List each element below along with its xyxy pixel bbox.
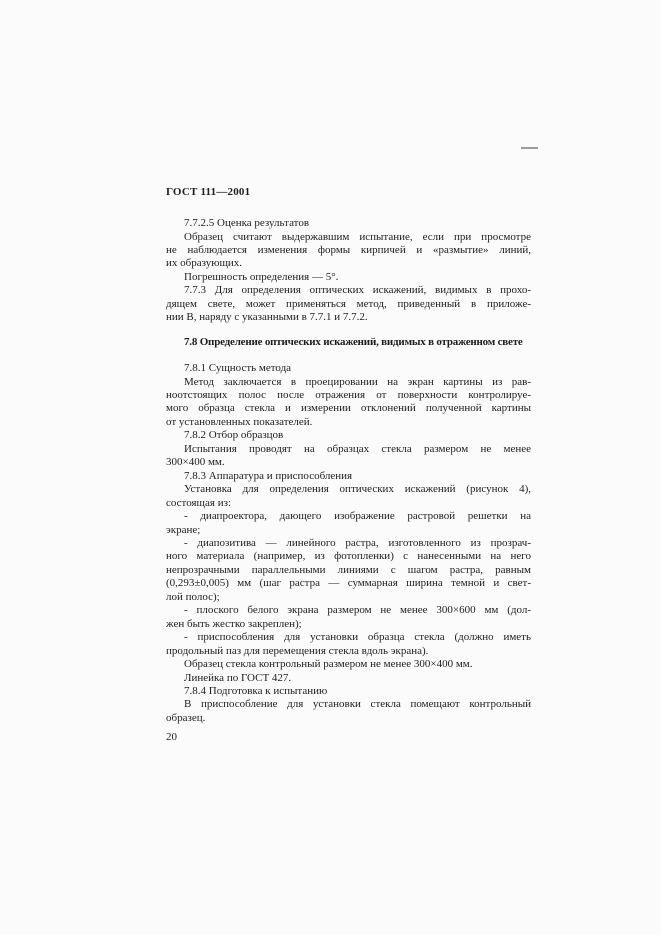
text-line: от установленных показателей.: [166, 416, 531, 429]
text-line: Образец считают выдержавшим испытание, е…: [166, 231, 531, 244]
text-line: 7.8.1 Сущность метода: [166, 362, 531, 375]
scan-artifact-dash: [521, 147, 538, 149]
scanned-page: ГОСТ 111—2001 7.7.2.5 Оценка результатов…: [0, 0, 661, 935]
text-line: - плоского белого экрана размером не мен…: [166, 604, 531, 617]
text-line: непрозрачными параллельными линиями с ша…: [166, 564, 531, 577]
text-line: мого образца стекла и измерении отклонен…: [166, 402, 531, 415]
text-line: жен быть жестко закреплен);: [166, 618, 531, 631]
text-line: лой полос);: [166, 591, 531, 604]
text-line: образец.: [166, 712, 531, 725]
text-line: нии В, наряду с указанными в 7.7.1 и 7.7…: [166, 311, 531, 324]
text-line: Образец стекла контрольный размером не м…: [166, 658, 531, 671]
text-line: 300×400 мм.: [166, 456, 531, 469]
text-line: - диапроектора, дающего изображение раст…: [166, 510, 531, 523]
text-line: 7.7.3 Для определения оптических искажен…: [166, 284, 531, 297]
text-line: Установка для определения оптических иск…: [166, 483, 531, 496]
text-line: 7.8.4 Подготовка к испытанию: [166, 685, 531, 698]
section-heading: 7.8 Определение оптических искажений, ви…: [166, 336, 531, 349]
text-line: Погрешность определения — 5°.: [166, 271, 531, 284]
text-line: их образующих.: [166, 257, 531, 270]
text-line: не наблюдается изменения формы кирпичей …: [166, 244, 531, 257]
text-line: 7.7.2.5 Оценка результатов: [166, 217, 531, 230]
text-line: экране;: [166, 524, 531, 537]
document-header: ГОСТ 111—2001: [166, 186, 531, 199]
page-number: 20: [166, 731, 531, 744]
text-line: продольный паз для перемещения стекла вд…: [166, 645, 531, 658]
text-line: - диапозитива — линейного растра, изгото…: [166, 537, 531, 550]
text-line: В приспособление для установки стекла по…: [166, 698, 531, 711]
text-line: (0,293±0,005) мм (шаг растра — суммарная…: [166, 577, 531, 590]
text-line: - приспособления для установки образца с…: [166, 631, 531, 644]
document-body: 7.7.2.5 Оценка результатовОбразец считаю…: [166, 217, 531, 725]
text-line: ного материала (например, из фотопленки)…: [166, 550, 531, 563]
text-line: ноотстоящих полос после отражения от пов…: [166, 389, 531, 402]
text-line: 7.8.3 Аппаратура и приспособления: [166, 470, 531, 483]
text-line: Линейка по ГОСТ 427.: [166, 672, 531, 685]
text-line: Метод заключается в проецировании на экр…: [166, 376, 531, 389]
text-line: 7.8.2 Отбор образцов: [166, 429, 531, 442]
text-block: ГОСТ 111—2001 7.7.2.5 Оценка результатов…: [166, 186, 531, 745]
text-line: Испытания проводят на образцах стекла ра…: [166, 443, 531, 456]
text-line: состоящая из:: [166, 497, 531, 510]
text-line: дящем свете, может применяться метод, пр…: [166, 298, 531, 311]
